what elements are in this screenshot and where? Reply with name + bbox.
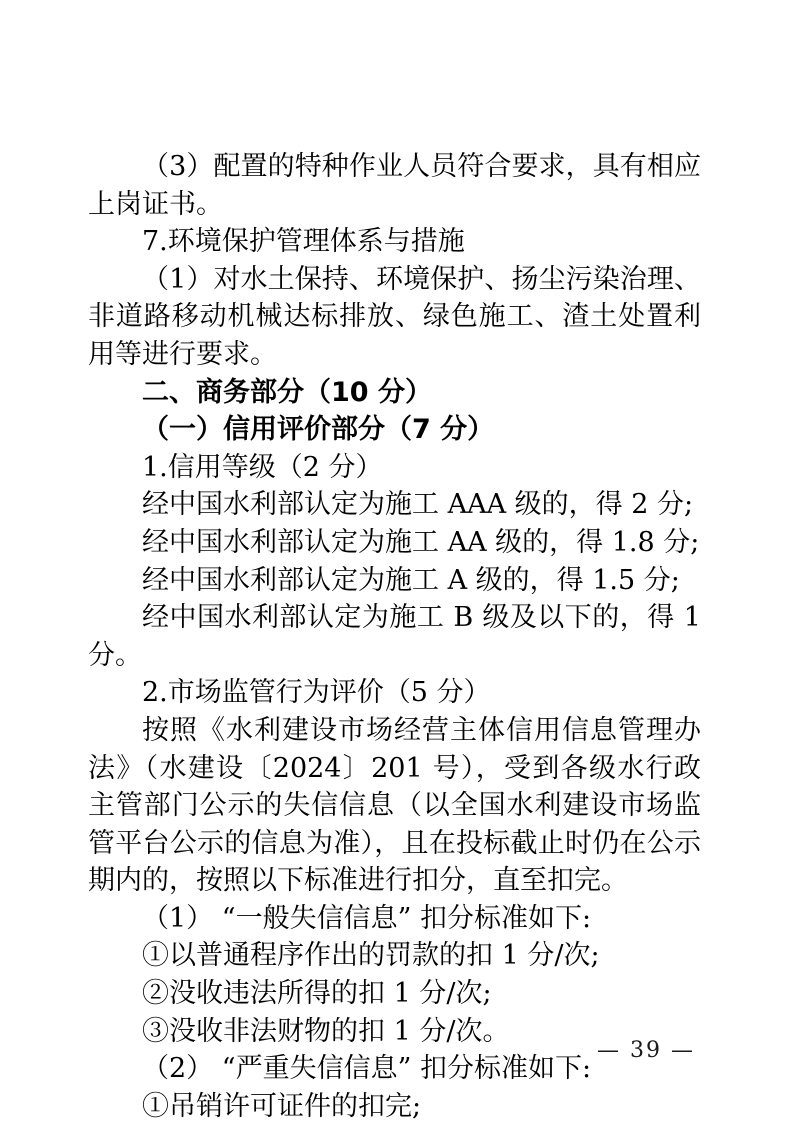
body-paragraph: ②没收违法所得的扣 1 分/次; xyxy=(88,975,701,1013)
body-paragraph: 经中国水利部认定为施工 AA 级的，得 1.8 分; xyxy=(88,524,701,562)
document-body: （3）配置的特种作业人员符合要求，具有相应上岗证书。7.环境保护管理体系与措施（… xyxy=(88,148,701,1122)
body-paragraph: （3）配置的特种作业人员符合要求，具有相应上岗证书。 xyxy=(88,148,701,223)
heading-paragraph: 二、商务部分（10 分） xyxy=(88,374,701,412)
body-paragraph: 2.市场监管行为评价（5 分） xyxy=(88,674,701,712)
body-paragraph: 7.环境保护管理体系与措施 xyxy=(88,223,701,261)
heading-paragraph: （一）信用评价部分（7 分） xyxy=(88,411,701,449)
body-paragraph: 1.信用等级（2 分） xyxy=(88,449,701,487)
body-paragraph: 经中国水利部认定为施工 B 级及以下的，得 1 分。 xyxy=(88,599,701,674)
body-paragraph: 按照《水利建设市场经营主体信用信息管理办法》（水建设〔2024〕201 号），受… xyxy=(88,712,701,900)
document-page: （3）配置的特种作业人员符合要求，具有相应上岗证书。7.环境保护管理体系与措施（… xyxy=(0,0,793,1122)
body-paragraph: ①吊销许可证件的扣完; xyxy=(88,1088,701,1122)
body-paragraph: 经中国水利部认定为施工 A 级的，得 1.5 分; xyxy=(88,562,701,600)
page-number: — 39 — xyxy=(597,1038,695,1063)
body-paragraph: ①以普通程序作出的罚款的扣 1 分/次; xyxy=(88,937,701,975)
body-paragraph: （1）对水土保持、环境保护、扬尘污染治理、非道路移动机械达标排放、绿色施工、渣土… xyxy=(88,261,701,374)
body-paragraph: （1） “一般失信信息” 扣分标准如下: xyxy=(88,900,701,938)
body-paragraph: 经中国水利部认定为施工 AAA 级的，得 2 分; xyxy=(88,486,701,524)
